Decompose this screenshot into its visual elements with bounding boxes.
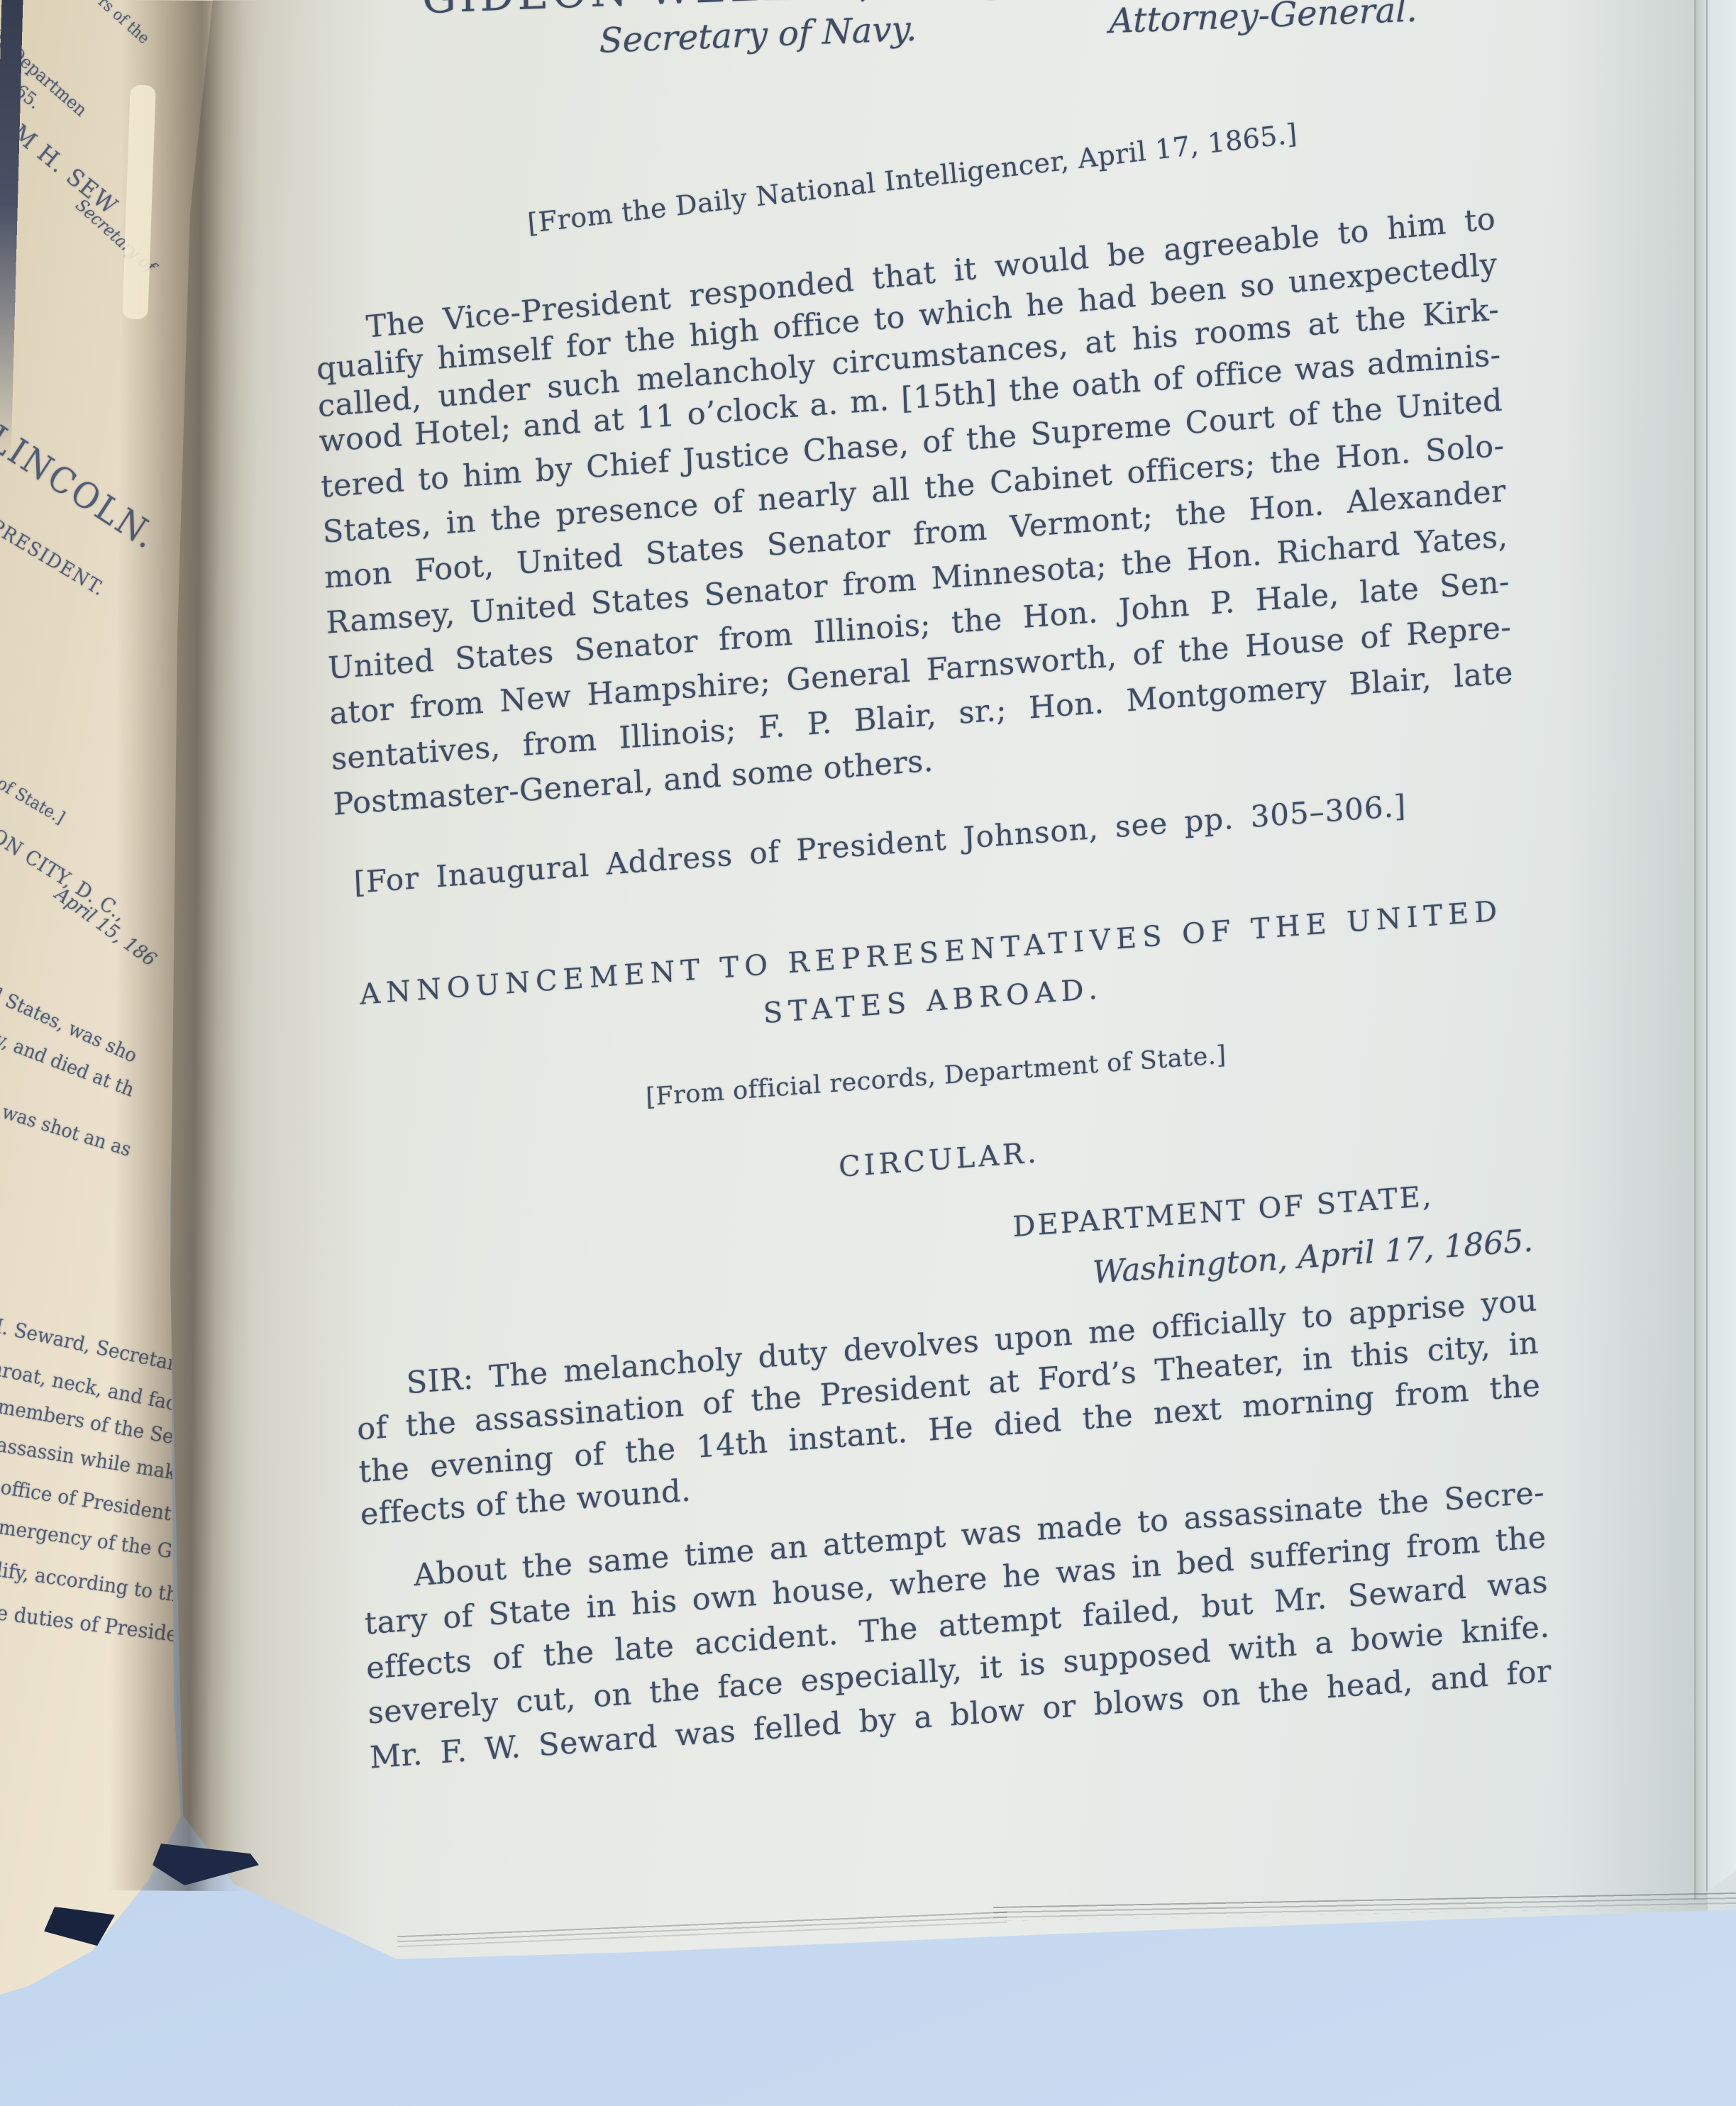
left-page-text-fragment: rs of the [94, 0, 153, 48]
left-page-text-fragment: of State.] [0, 773, 68, 828]
right-page: GIDEON WELLES, Secretary of Navy. JAMES … [0, 0, 1736, 2106]
left-page-text-fragment: he duties of Presiden [0, 1599, 192, 1648]
book-photo: rs of the of the Departmen 1865. LLIAM H… [0, 0, 1736, 2106]
page-edge-shading [1559, 0, 1708, 1929]
official-title: Secretary of Navy. [599, 9, 917, 61]
oath-paragraph: The Vice-President responded that it wou… [313, 196, 1515, 828]
official-speed: JAMES SPEED, Attorney-General. [988, 0, 1417, 46]
page-text: GIDEON WELLES, Secretary of Navy. JAMES … [291, 0, 1569, 1933]
left-page-text-fragment: nt was shot an as [0, 1094, 133, 1161]
page-edge-line [1706, 0, 1708, 1915]
left-page-text-fragment: alify, according to th [0, 1556, 179, 1607]
fore-edge-page-stack [1694, 0, 1736, 1915]
official-welles: GIDEON WELLES, Secretary of Navy. [422, 0, 917, 67]
left-page-text-fragment: e office of President [0, 1473, 173, 1525]
official-title: Attorney-General. [1109, 0, 1417, 41]
